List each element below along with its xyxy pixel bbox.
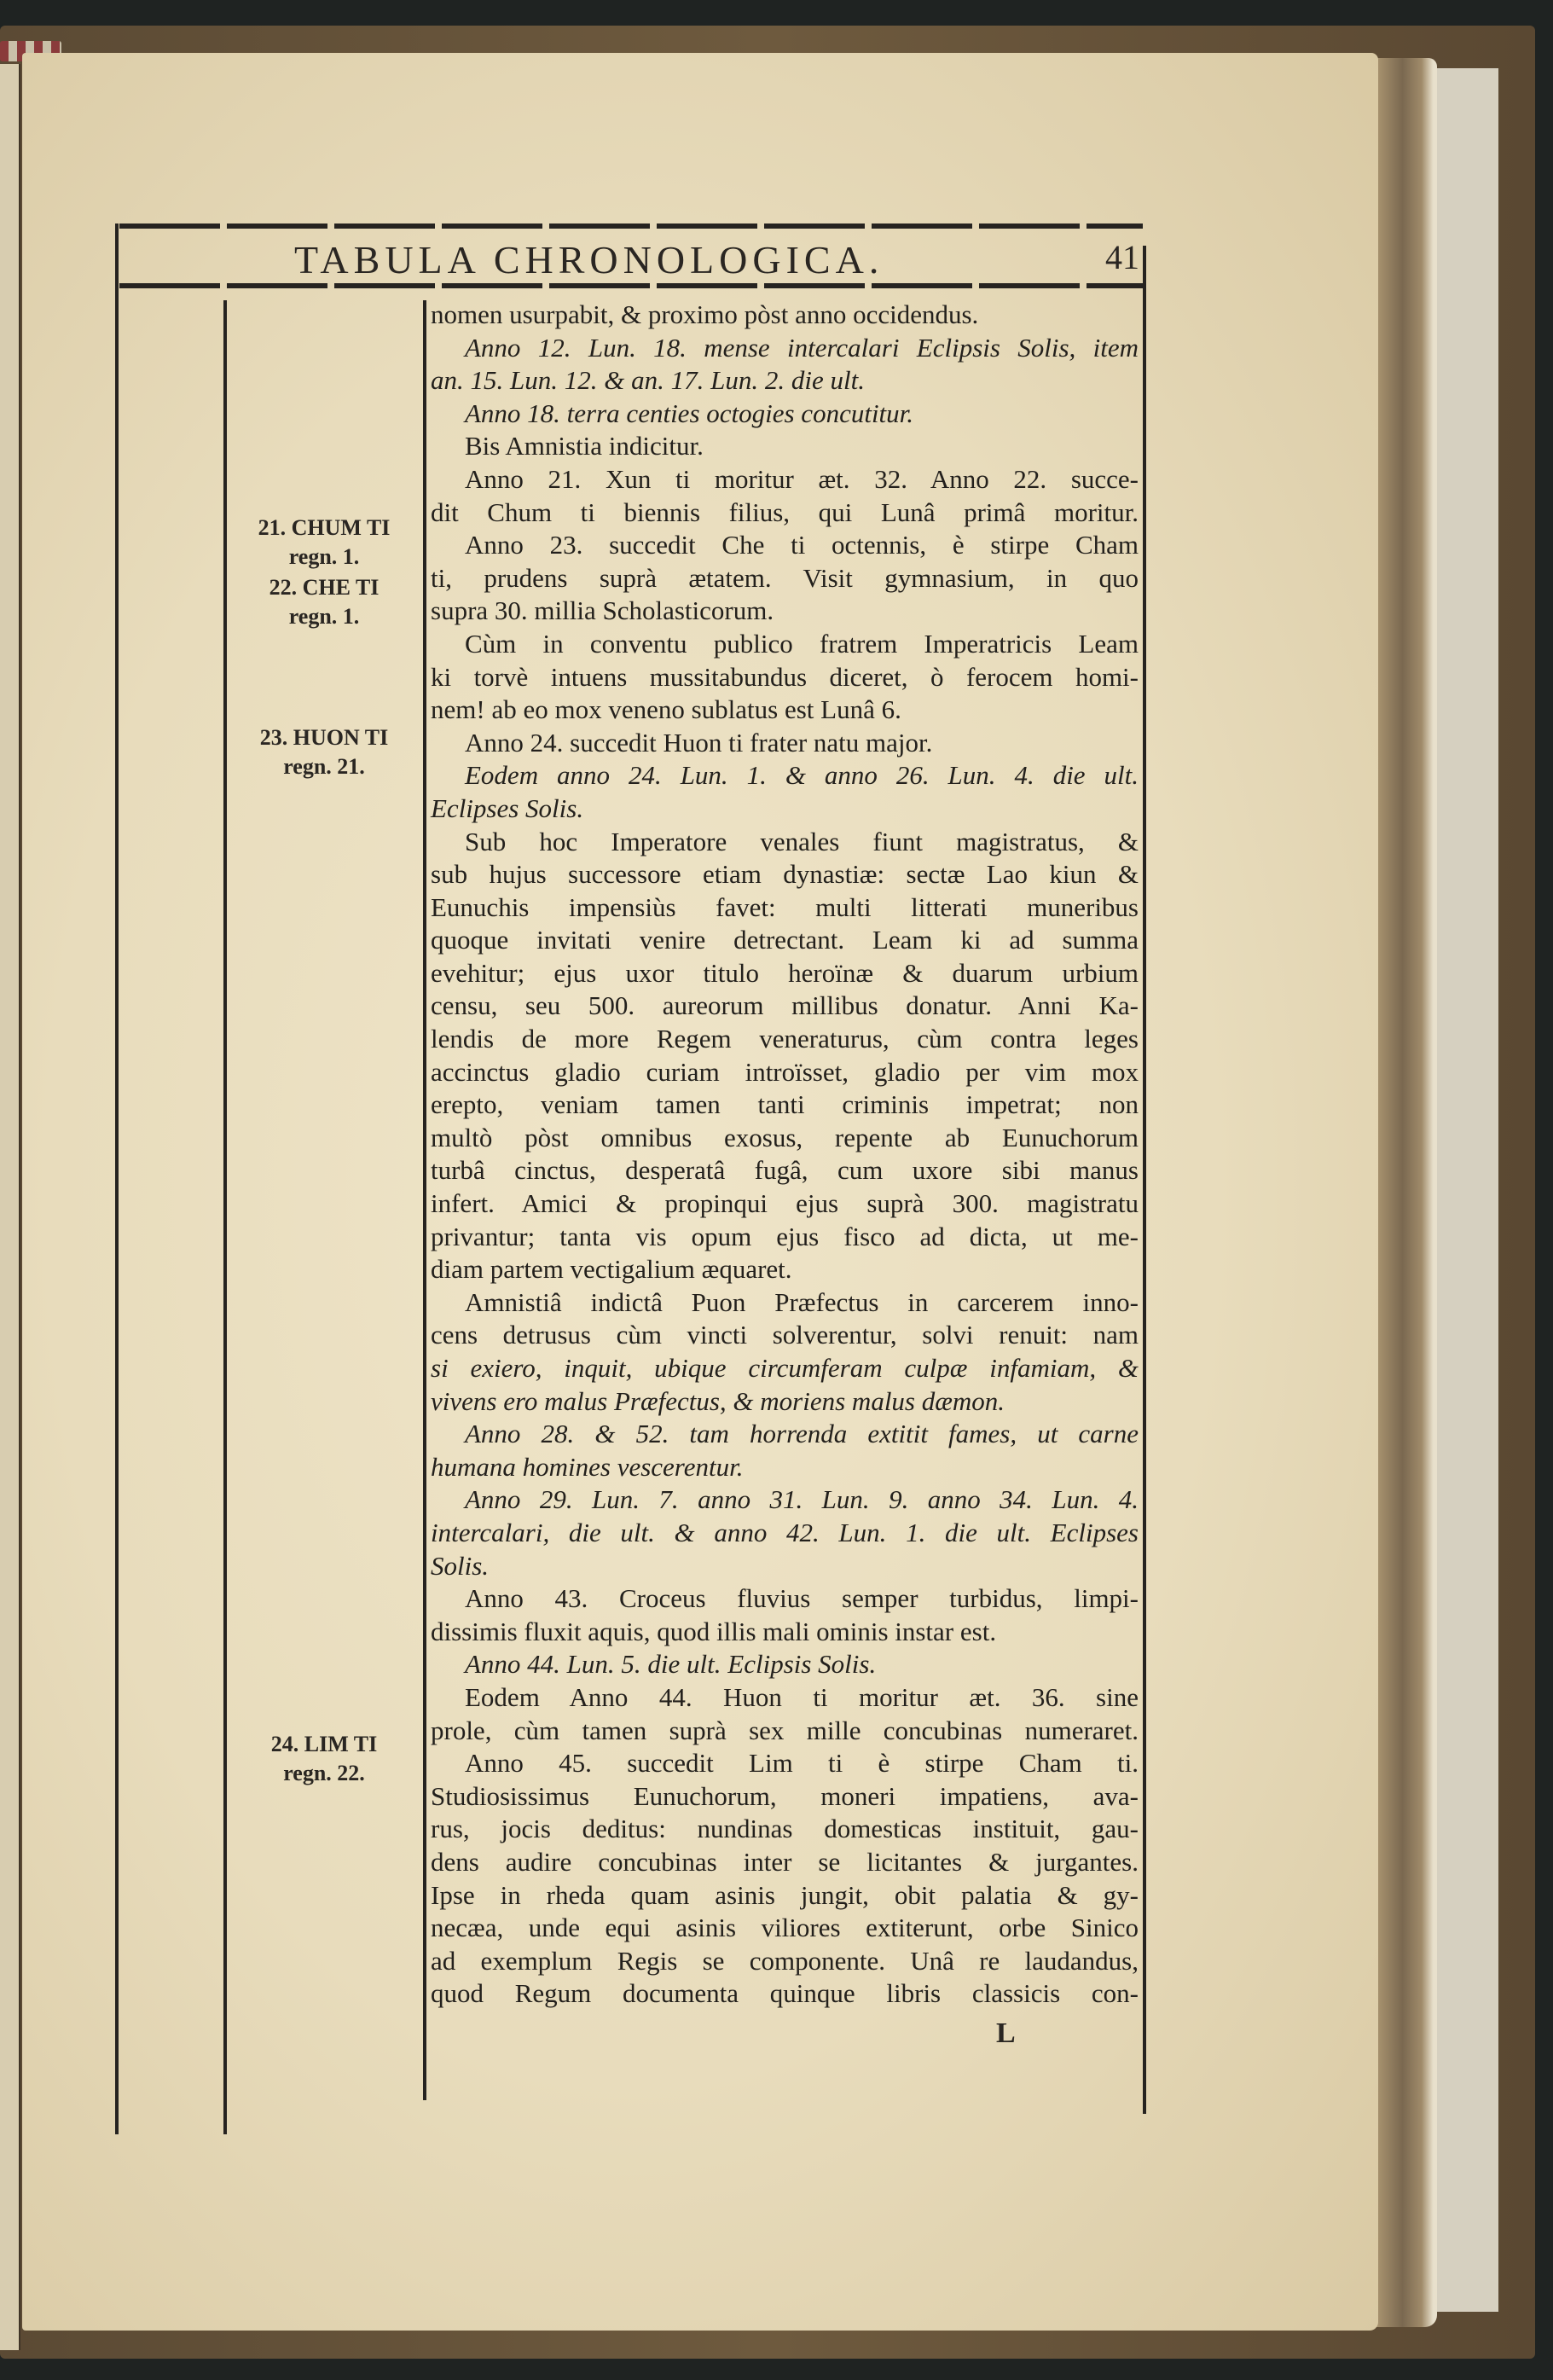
text-line: Eodem Anno 44. Huon ti moritur æt. 36. s… [431, 1681, 1139, 1715]
text-line: Bis Amnistia indicitur. [431, 430, 1139, 463]
margin-note-reign: regn. 1. [239, 543, 409, 572]
margin-note-name: 22. CHE TI [239, 573, 409, 602]
text-line: quod Regum documenta quinque libris clas… [431, 1977, 1139, 2011]
margin-note-reign: regn. 1. [239, 602, 409, 631]
margin-note-name: 23. HUON TI [239, 723, 409, 752]
page-number: 41 [1105, 237, 1139, 277]
text-line: Anno 23. succedit Che ti octennis, è sti… [431, 529, 1139, 562]
text-line: accinctus gladio curiam introïsset, glad… [431, 1056, 1139, 1089]
text-line: censu, seu 500. aureorum millibus donatu… [431, 990, 1139, 1023]
text-line: Anno 12. Lun. 18. mense intercalari Ecli… [431, 332, 1139, 365]
outer-left-rule [115, 223, 119, 2134]
text-line: Studiosissimus Eunuchorum, moneri impati… [431, 1780, 1139, 1814]
text-line: dens audire concubinas inter se licitant… [431, 1846, 1139, 1879]
margin-note-huon-ti: 23. HUON TI regn. 21. [239, 723, 409, 781]
text-line: dit Chum ti biennis filius, qui Lunâ pri… [431, 496, 1139, 530]
text-line: nem! ab eo mox veneno sublatus est Lunâ … [431, 694, 1139, 727]
margin-note-lim-ti: 24. LIM TI regn. 22. [239, 1730, 409, 1788]
text-line: rus, jocis deditus: nundinas domesticas … [431, 1813, 1139, 1846]
text-line: Solis. [431, 1550, 1139, 1583]
margin-note-che-ti: 22. CHE TI regn. 1. [239, 573, 409, 631]
text-line: Amnistiâ indictâ Puon Præfectus in carce… [431, 1286, 1139, 1320]
text-line: quoque invitati venire detrectant. Leam … [431, 924, 1139, 957]
text-line: Anno 29. Lun. 7. anno 31. Lun. 9. anno 3… [431, 1483, 1139, 1517]
text-line: lendis de more Regem veneraturus, cùm co… [431, 1023, 1139, 1056]
text-line: turbâ cinctus, desperatâ fugâ, cum uxore… [431, 1154, 1139, 1187]
margin-column-rule [223, 300, 227, 2134]
text-line: infert. Amici & propinqui ejus suprà 300… [431, 1187, 1139, 1221]
text-line: an. 15. Lun. 12. & an. 17. Lun. 2. die u… [431, 364, 1139, 398]
header-bottom-rule [119, 283, 1143, 288]
text-line: necæa, unde equi asinis viliores extiter… [431, 1912, 1139, 1945]
text-line: supra 30. millia Scholasticorum. [431, 595, 1139, 628]
text-line: vivens ero malus Præfectus, & moriens ma… [431, 1385, 1139, 1419]
text-line: multò pòst omnibus exosus, repente ab Eu… [431, 1122, 1139, 1155]
margin-note-reign: regn. 22. [239, 1759, 409, 1788]
text-line: intercalari, die ult. & anno 42. Lun. 1.… [431, 1517, 1139, 1550]
signature-mark: L [996, 2017, 1016, 2050]
text-line: Eclipses Solis. [431, 792, 1139, 826]
margin-note-name: 24. LIM TI [239, 1730, 409, 1759]
text-line: ti, prudens suprà ætatem. Visit gymnasiu… [431, 562, 1139, 595]
text-line: evehitur; ejus uxor titulo heroïnæ & dua… [431, 957, 1139, 990]
text-line: prole, cùm tamen suprà sex mille concubi… [431, 1715, 1139, 1748]
margin-note-chum-ti: 21. CHUM TI regn. 1. [239, 514, 409, 572]
text-line: Eodem anno 24. Lun. 1. & anno 26. Lun. 4… [431, 759, 1139, 792]
text-line: Anno 28. & 52. tam horrenda extitit fame… [431, 1418, 1139, 1451]
running-head-title: TABULA CHRONOLOGICA. [294, 237, 942, 282]
text-line: humana homines vescerentur. [431, 1451, 1139, 1484]
text-line: Anno 45. succedit Lim ti è stirpe Cham t… [431, 1747, 1139, 1780]
text-line: ad exemplum Regis se componente. Unâ re … [431, 1945, 1139, 1978]
text-line: erepto, veniam tamen tanti criminis impe… [431, 1088, 1139, 1122]
text-line: Anno 44. Lun. 5. die ult. Eclipsis Solis… [431, 1648, 1139, 1681]
text-line: Eunuchis impensiùs favet: multi litterat… [431, 891, 1139, 925]
text-line: dissimis fluxit aquis, quod illis mali o… [431, 1616, 1139, 1649]
text-line: Anno 18. terra centies octogies concutit… [431, 398, 1139, 431]
text-line: ki torvè intuens mussitabundus diceret, … [431, 661, 1139, 694]
text-line: cens detrusus cùm vincti solverentur, so… [431, 1319, 1139, 1352]
text-column-left-rule [423, 300, 426, 2100]
text-line: Cùm in conventu publico fratrem Imperatr… [431, 628, 1139, 661]
header-top-rule [119, 223, 1143, 229]
body-text-column: nomen usurpabit, & proximo pòst anno occ… [431, 299, 1139, 2011]
margin-note-reign: regn. 21. [239, 752, 409, 781]
text-line: nomen usurpabit, & proximo pòst anno occ… [431, 299, 1139, 332]
text-line: diam partem vectigalium æquaret. [431, 1253, 1139, 1286]
text-line: Anno 21. Xun ti moritur æt. 32. Anno 22.… [431, 463, 1139, 496]
text-line: si exiero, inquit, ubique circumferam cu… [431, 1352, 1139, 1385]
margin-note-name: 21. CHUM TI [239, 514, 409, 543]
text-column-right-rule [1143, 246, 1146, 2114]
text-line: privantur; tanta vis opum ejus fisco ad … [431, 1221, 1139, 1254]
text-line: Anno 43. Croceus fluvius semper turbidus… [431, 1582, 1139, 1616]
text-line: Ipse in rheda quam asinis jungit, obit p… [431, 1879, 1139, 1913]
text-line: Sub hoc Imperatore venales fiunt magistr… [431, 826, 1139, 859]
facing-page-edge [0, 64, 20, 2350]
text-line: Anno 24. succedit Huon ti frater natu ma… [431, 727, 1139, 760]
endpaper [1434, 68, 1498, 2312]
text-line: sub hujus successore etiam dynastiæ: sec… [431, 858, 1139, 891]
